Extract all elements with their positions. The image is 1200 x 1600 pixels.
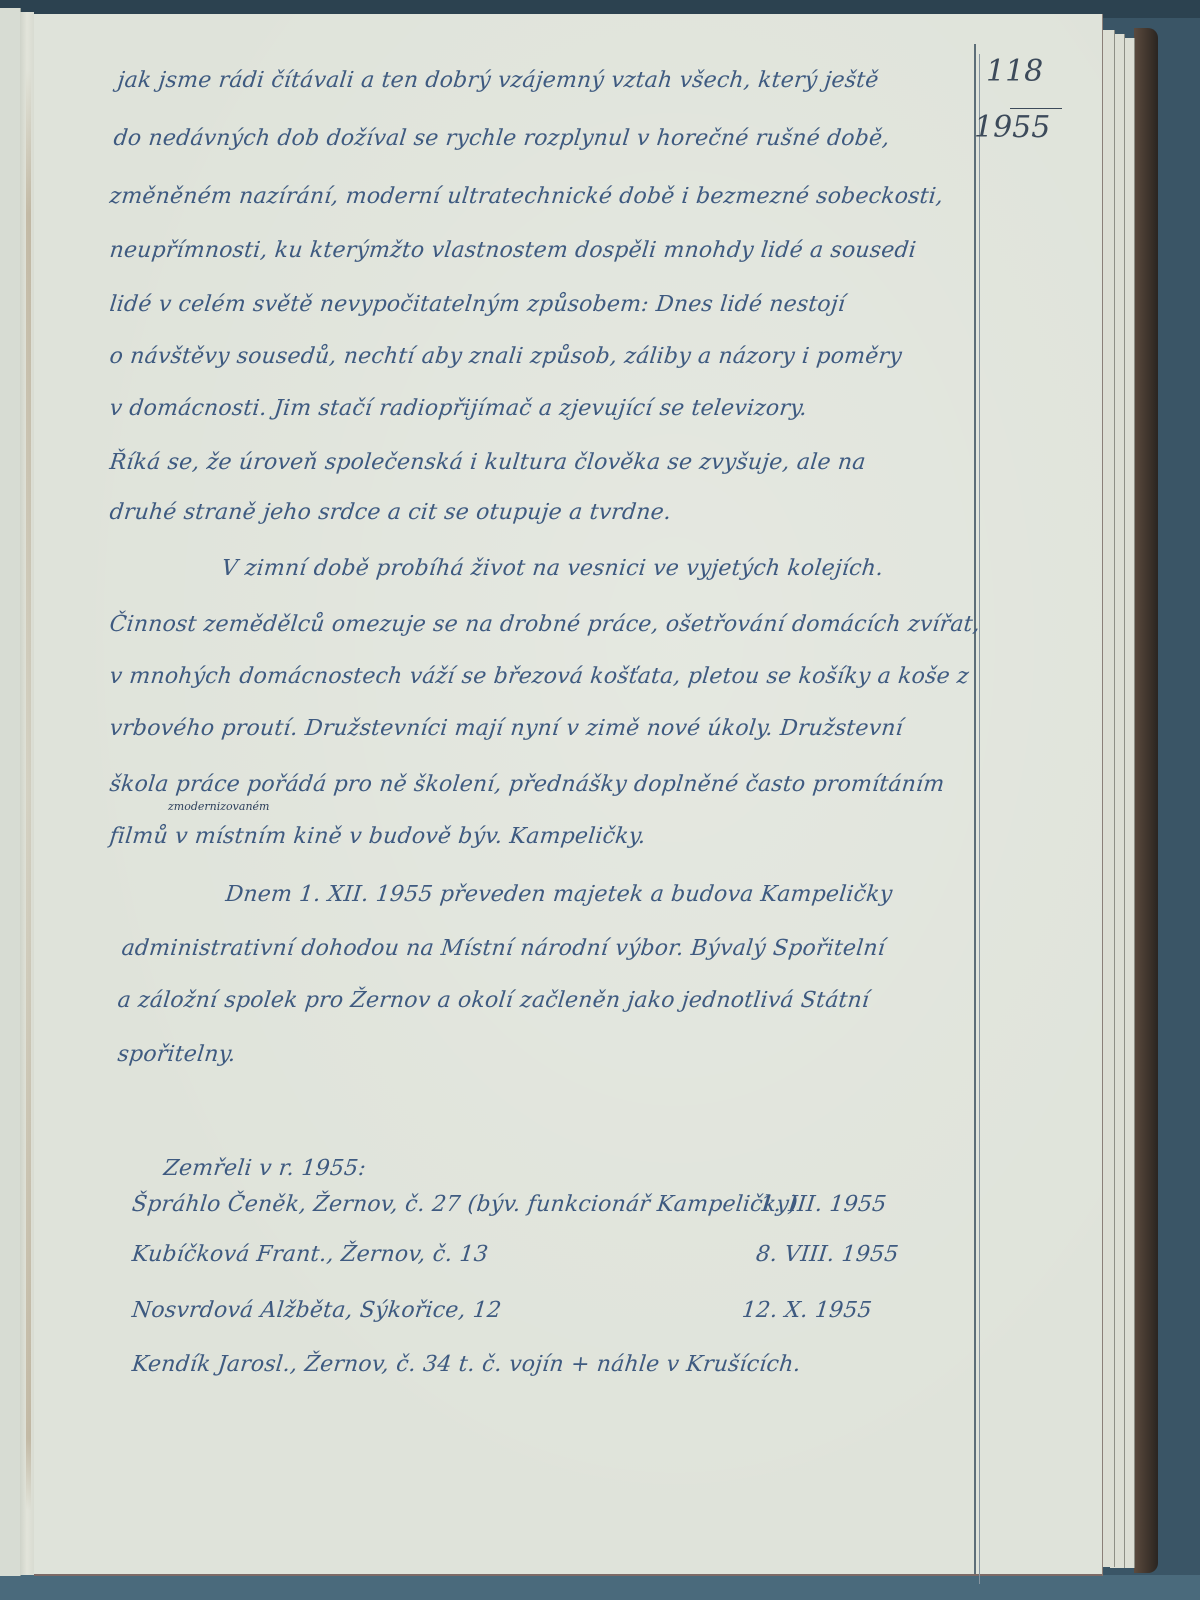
deaths-heading: Zemřeli v r. 1955: (162, 1154, 367, 1184)
backdrop-bottom (0, 1575, 1200, 1600)
text-line: jak jsme rádi čítávali a ten dobrý vzáje… (116, 66, 880, 96)
text-line: V zimní době probíhá život na vesnici ve… (220, 554, 885, 584)
page-number: 118 (986, 54, 1043, 89)
death-entry: Kubíčková Frant., Žernov, č. 13 8. VIII.… (132, 1242, 1032, 1276)
text-line: vrbového proutí. Družstevníci mají nyní … (108, 714, 904, 744)
text-line: Říká se, že úroveň společenská i kultura… (108, 448, 867, 478)
death-entry: Nosvrdová Alžběta, Sýkořice, 12 12. X. 1… (132, 1298, 1032, 1332)
text-line: Činnost zemědělců omezuje se na drobné p… (108, 610, 981, 640)
death-entry-date: 8. VIII. 1955 (755, 1242, 900, 1267)
text-line: Dnem 1. XII. 1955 převeden majetek a bud… (224, 880, 894, 910)
death-entry: Špráhlo Čeněk, Žernov, č. 27 (býv. funkc… (132, 1192, 1032, 1226)
death-entry: Kendík Jarosl., Žernov, č. 34 t. č. vojí… (132, 1352, 1032, 1386)
book-cover-edge (1134, 28, 1158, 1573)
text-line: změněném nazírání, moderní ultratechnick… (108, 182, 945, 212)
chronicle-page: 118 1955 jak jsme rádi čítávali a ten do… (34, 14, 1103, 1576)
death-entry-text: Špráhlo Čeněk, Žernov, č. 27 (býv. funkc… (131, 1192, 799, 1217)
text-line: filmů v místním kině v budově býv. Kampe… (108, 822, 647, 852)
death-entry-date: 12. X. 1955 (741, 1298, 873, 1323)
death-entry-date: 1. III. 1955 (759, 1192, 888, 1217)
text-line: do nedávných dob dožíval se rychle rozpl… (112, 124, 891, 154)
text-line: a záložní spolek pro Žernov a okolí začl… (116, 986, 871, 1016)
text-line: spořitelny. (116, 1040, 237, 1070)
margin-year: 1955 (974, 110, 1050, 145)
text-line: v domácnosti. Jim stačí radiopřijímač a … (108, 394, 809, 424)
text-line: o návštěvy sousedů, nechtí aby znali způ… (108, 342, 903, 372)
death-entry-text: Nosvrdová Alžběta, Sýkořice, 12 (131, 1298, 503, 1323)
inserted-word: zmodernizovaném (168, 800, 269, 813)
gutter-stain (26, 70, 31, 1510)
death-entry-text: Kubíčková Frant., Žernov, č. 13 (131, 1242, 490, 1267)
text-line: administrativní dohodou na Místní národn… (120, 934, 887, 964)
margin-rule (974, 44, 976, 1574)
death-entry-text: Kendík Jarosl., Žernov, č. 34 t. č. vojí… (131, 1352, 802, 1377)
text-line: v mnohých domácnostech váží se březová k… (108, 662, 970, 692)
text-line: druhé straně jeho srdce a cit se otupuje… (108, 498, 673, 528)
text-line: škola práce pořádá pro ně školení, předn… (108, 770, 946, 800)
text-line: lidé v celém světě nevypočitatelným způs… (108, 290, 847, 320)
text-line: neupřímnosti, ku kterýmžto vlastnostem d… (108, 236, 918, 266)
page-edge (1102, 30, 1115, 1567)
facing-page-edge (0, 8, 21, 1576)
